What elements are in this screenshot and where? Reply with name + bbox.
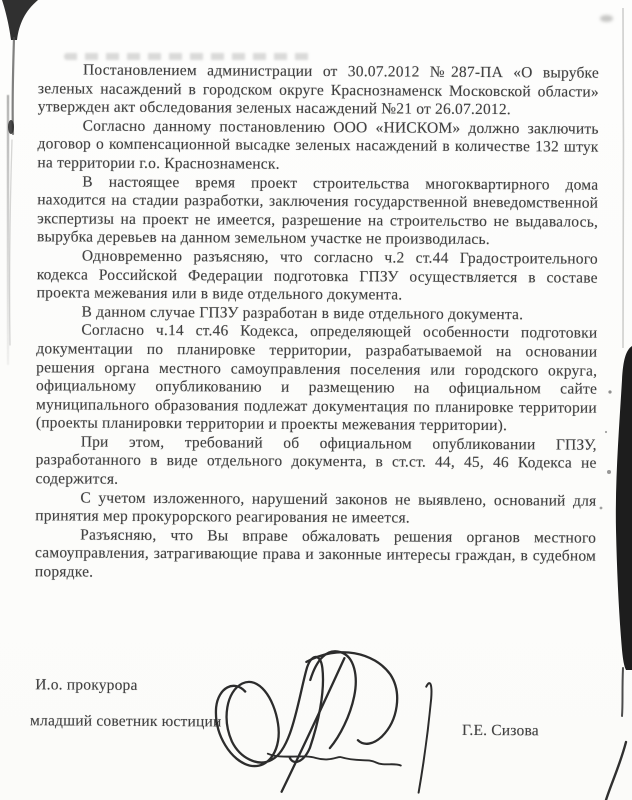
signer-title-line1: И.о. прокурора — [35, 676, 137, 695]
letter-content: Постановлением администрации от 30.07.20… — [0, 0, 632, 800]
signer-title-line2: младший советник юстиции — [30, 712, 222, 731]
handwritten-signature — [198, 639, 449, 800]
scanned-letter-page: Постановлением администрации от 30.07.20… — [0, 0, 632, 800]
signer-name: Г.Е. Сизова — [462, 722, 539, 740]
